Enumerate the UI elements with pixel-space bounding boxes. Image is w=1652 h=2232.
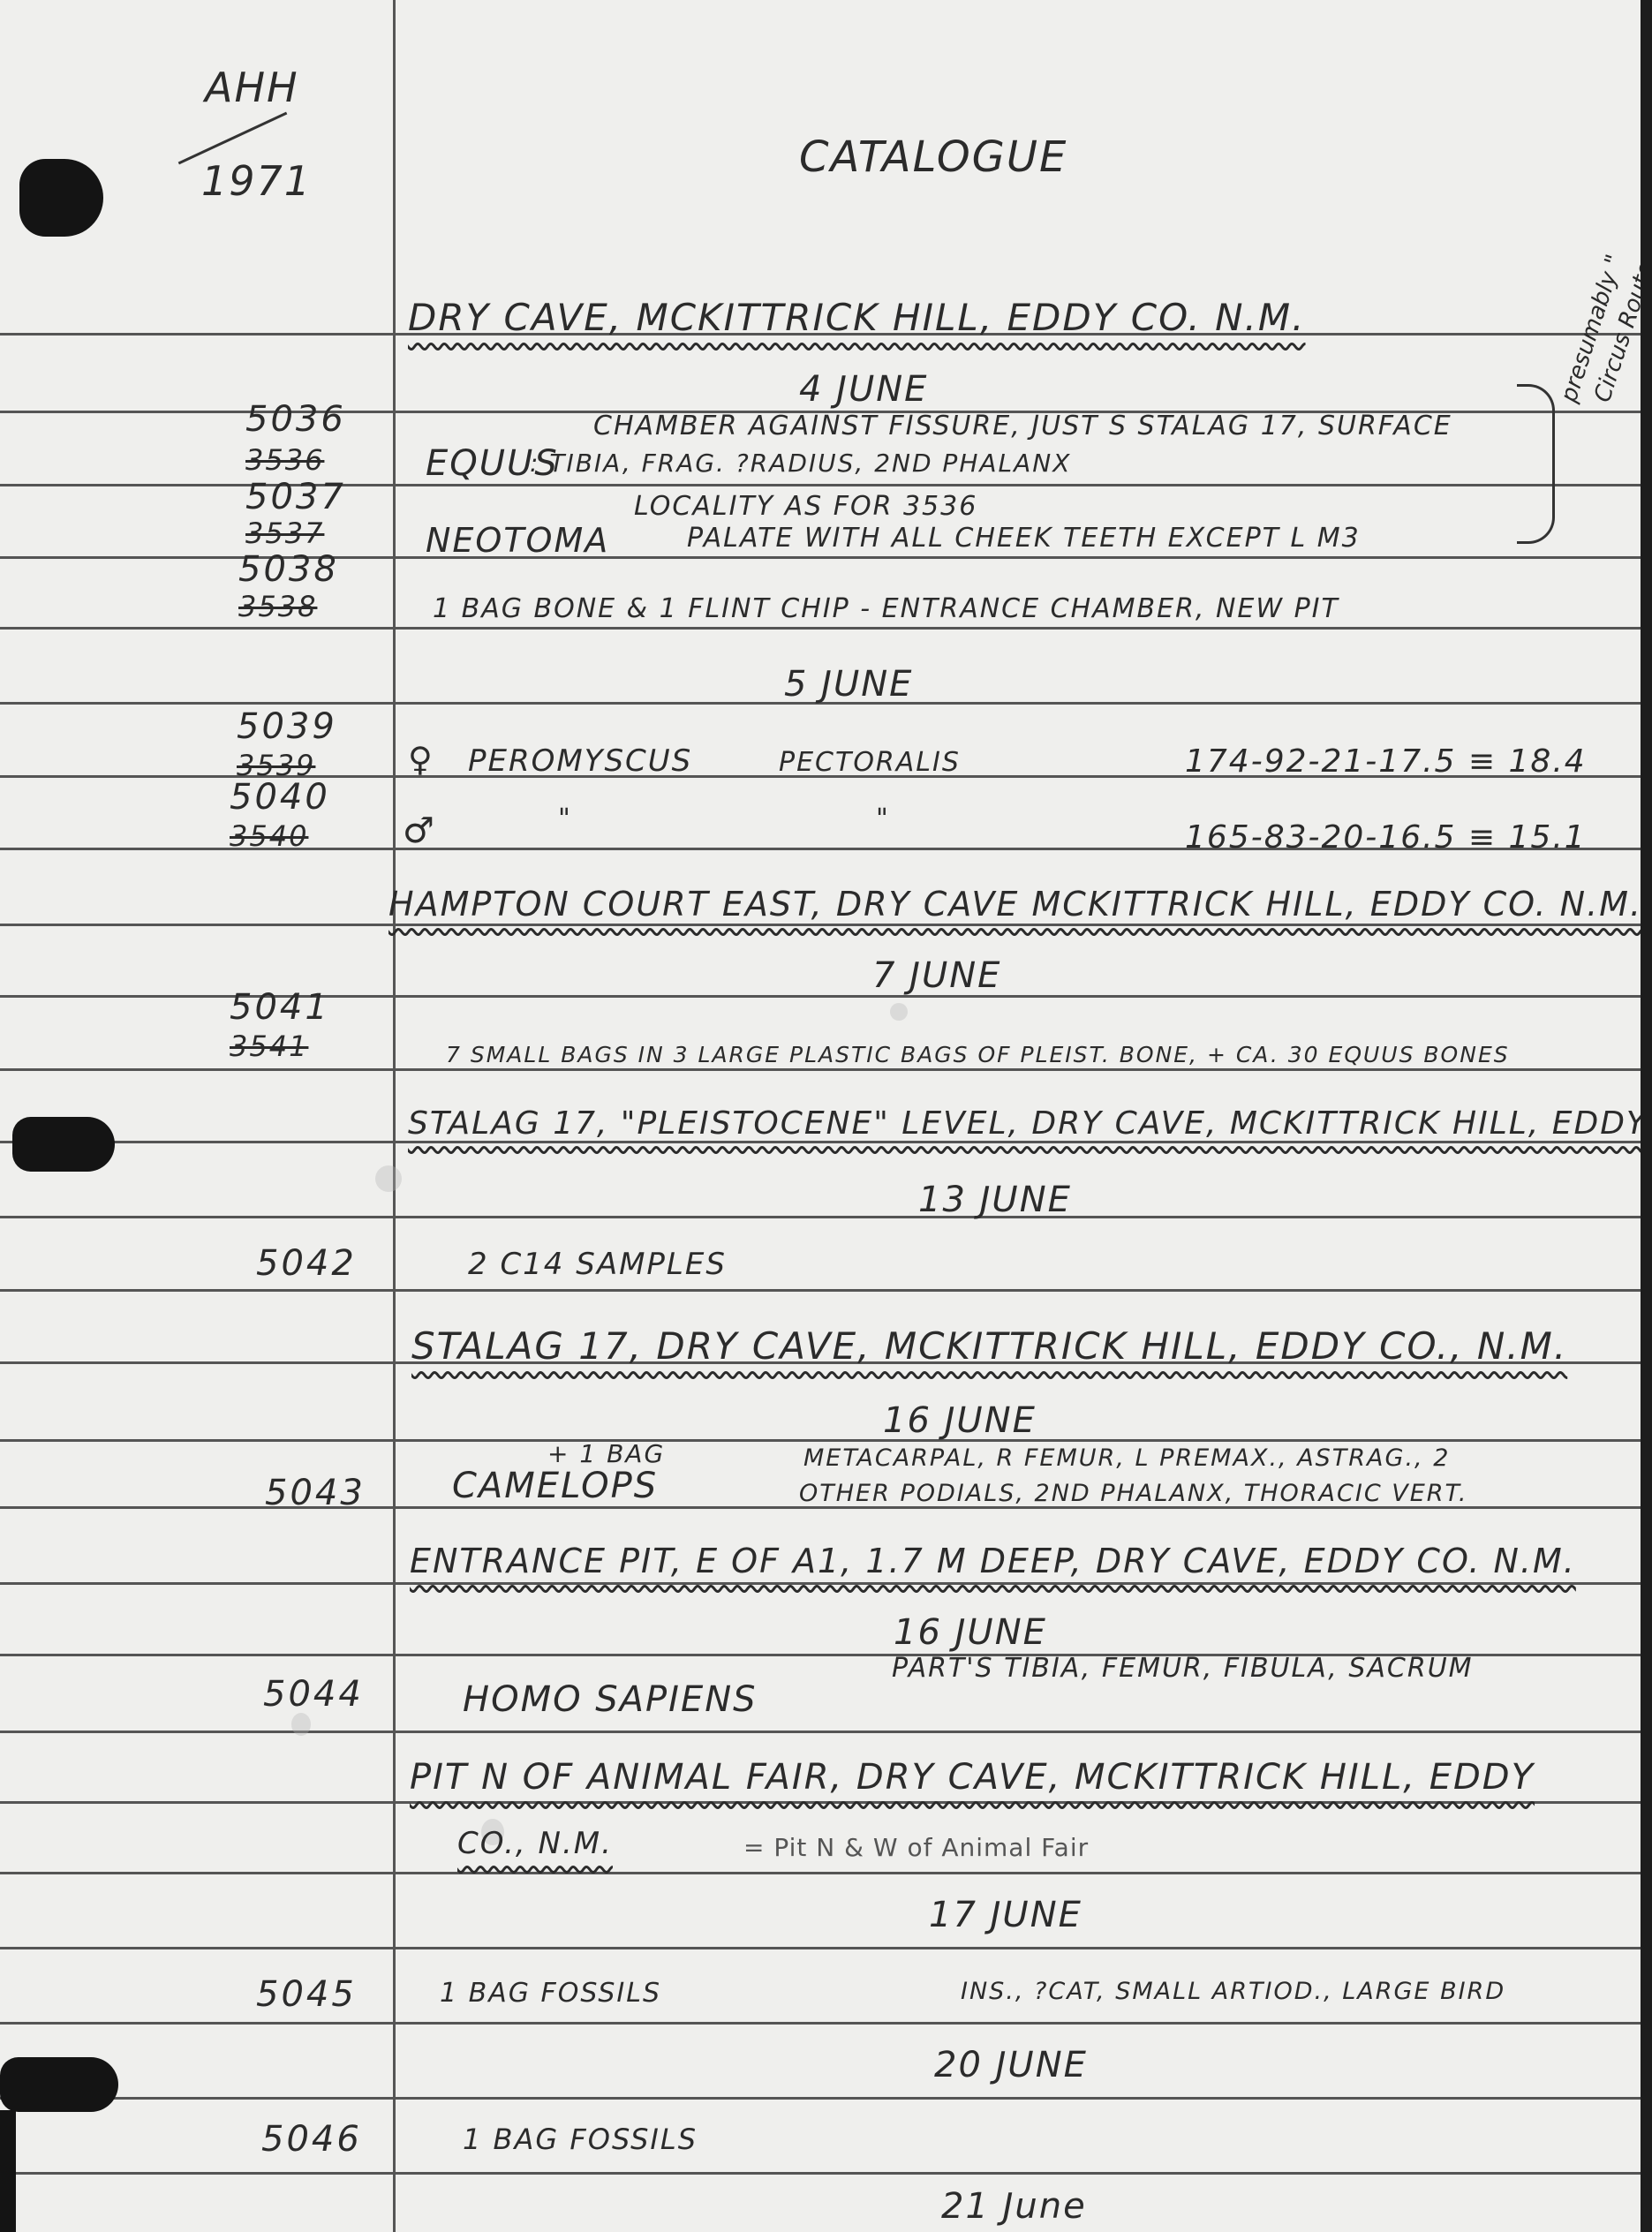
sex-symbol: ♂ xyxy=(403,811,436,851)
date-heading: 21 June xyxy=(941,2186,1087,2227)
entry-detail: 1 bag fossils xyxy=(463,2123,698,2156)
ruled-line xyxy=(0,924,1641,926)
ruled-line xyxy=(0,627,1641,630)
ditto-mark: " xyxy=(876,803,890,834)
date-heading: 7 June xyxy=(872,955,1001,996)
measurements: 165-83-20-16.5 ≡ 15.1 xyxy=(1185,819,1587,856)
catalogue-number: 5043 xyxy=(265,1473,366,1513)
old-number: 3538 xyxy=(238,590,317,623)
catalogue-number: 5039 xyxy=(237,706,337,747)
locality-heading: Entrance Pit, E of A1, 1.7 m deep, Dry C… xyxy=(410,1542,1576,1580)
entry-detail-top: part's tibia, femur, fibula, sacrum xyxy=(892,1653,1474,1684)
ruled-line xyxy=(0,1439,1641,1442)
year: 1971 xyxy=(201,157,312,205)
entry-detail: : Tibia, frag. ?radius, 2nd phalanx xyxy=(530,449,1071,478)
taxon: Homo sapiens xyxy=(463,1679,758,1720)
old-number: 3537 xyxy=(245,517,324,550)
ruled-line xyxy=(0,2022,1641,2025)
catalogue-number: 5036 xyxy=(245,399,346,440)
locality-heading: Stalag 17, Dry Cave, McKittrick Hill, Ed… xyxy=(411,1324,1567,1368)
date-heading: 4 June xyxy=(799,369,928,410)
initials: AHH xyxy=(205,64,299,111)
entry-detail-right: Ins., ?cat, small artiod., large bird xyxy=(961,1978,1505,2005)
ditto-mark: " xyxy=(558,803,572,834)
binder-hole xyxy=(12,1117,115,1172)
locality-note: = Pit N & W of Animal Fair xyxy=(743,1833,1089,1862)
old-number: 3536 xyxy=(245,443,324,477)
entry-detail-top: Chamber against fissure, just S Stalag 1… xyxy=(593,411,1452,441)
species: pectoralis xyxy=(779,747,961,778)
locality-heading-cont: Co., N.M. xyxy=(457,1826,613,1861)
ruled-line xyxy=(0,1801,1641,1804)
catalogue-number: 5042 xyxy=(256,1243,357,1284)
sex-symbol: ♀ xyxy=(408,740,434,779)
measurements: 174-92-21-17.5 ≡ 18.4 xyxy=(1185,743,1587,780)
entry-detail: 7 small bags in 3 large plastic bags of … xyxy=(446,1042,1510,1067)
ruled-line xyxy=(0,1872,1641,1874)
binder-hole xyxy=(0,2057,118,2112)
stain xyxy=(375,1165,402,1192)
catalogue-number: 5040 xyxy=(230,777,330,818)
catalogue-number: 5037 xyxy=(245,477,346,517)
ruled-line xyxy=(0,1582,1641,1585)
catalogue-number: 5045 xyxy=(256,1974,357,2015)
taxon: Camelops xyxy=(452,1466,658,1506)
bracket-mark xyxy=(1517,384,1555,544)
catalogue-number: 5044 xyxy=(263,1674,364,1715)
stain xyxy=(291,1713,311,1736)
entry-detail: Palate with all cheek teeth except L M3 xyxy=(687,523,1361,554)
taxon: Neotoma xyxy=(426,521,609,560)
catalogue-number: 5041 xyxy=(230,987,330,1028)
locality-heading: Stalag 17, "Pleistocene" Level, Dry Cave… xyxy=(408,1105,1652,1142)
date-heading: 17 June xyxy=(929,1895,1082,1935)
page-title: Catalogue xyxy=(799,132,1067,182)
locality-heading: Pit N of Animal Fair, Dry Cave, McKittri… xyxy=(410,1757,1535,1798)
ruled-line xyxy=(0,1216,1641,1218)
date-heading: 16 June xyxy=(883,1400,1037,1441)
entry-detail: 1 bag bone & 1 flint chip - Entrance cha… xyxy=(433,593,1339,624)
date-heading: 20 June xyxy=(934,2045,1088,2085)
page-edge xyxy=(1641,0,1652,2232)
ruled-line xyxy=(0,2097,1641,2100)
catalogue-number: 5038 xyxy=(238,549,339,590)
stain xyxy=(890,1003,908,1021)
catalogue-number: 5046 xyxy=(261,2119,362,2160)
entry-detail-top: Locality as for 3536 xyxy=(634,491,977,522)
locality-heading: Hampton Court East, Dry Cave McKittrick … xyxy=(388,885,1642,924)
ruled-line xyxy=(0,1947,1641,1949)
locality-heading: Dry Cave, McKittrick Hill, Eddy Co. N.M. xyxy=(408,296,1306,339)
ruled-line xyxy=(0,2172,1641,2175)
margin-line xyxy=(393,0,396,2232)
old-number: 3540 xyxy=(230,819,308,853)
date-heading: 16 June xyxy=(894,1612,1047,1653)
ruled-line xyxy=(0,1731,1641,1733)
entry-detail: other podials, 2nd phalanx, thoracic ver… xyxy=(799,1480,1467,1507)
taxon-note: + 1 bag xyxy=(547,1439,665,1468)
entry-detail-top: metacarpal, R femur, L premax., astrag.,… xyxy=(803,1444,1450,1472)
binder-hole xyxy=(19,159,103,237)
catalogue-page: AHH 1971 Catalogue presumably " Circus R… xyxy=(0,0,1642,2232)
taxon: Peromyscus xyxy=(468,743,692,779)
entry-detail: 1 bag fossils xyxy=(440,1978,661,2009)
entry-detail: 2 C14 samples xyxy=(468,1247,727,1282)
date-heading: 5 June xyxy=(784,664,913,705)
ruled-line xyxy=(0,1068,1641,1071)
ruled-line xyxy=(0,1289,1641,1292)
binder-hole xyxy=(0,2110,16,2232)
old-number: 3541 xyxy=(230,1029,308,1063)
date-heading: 13 June xyxy=(918,1180,1072,1220)
